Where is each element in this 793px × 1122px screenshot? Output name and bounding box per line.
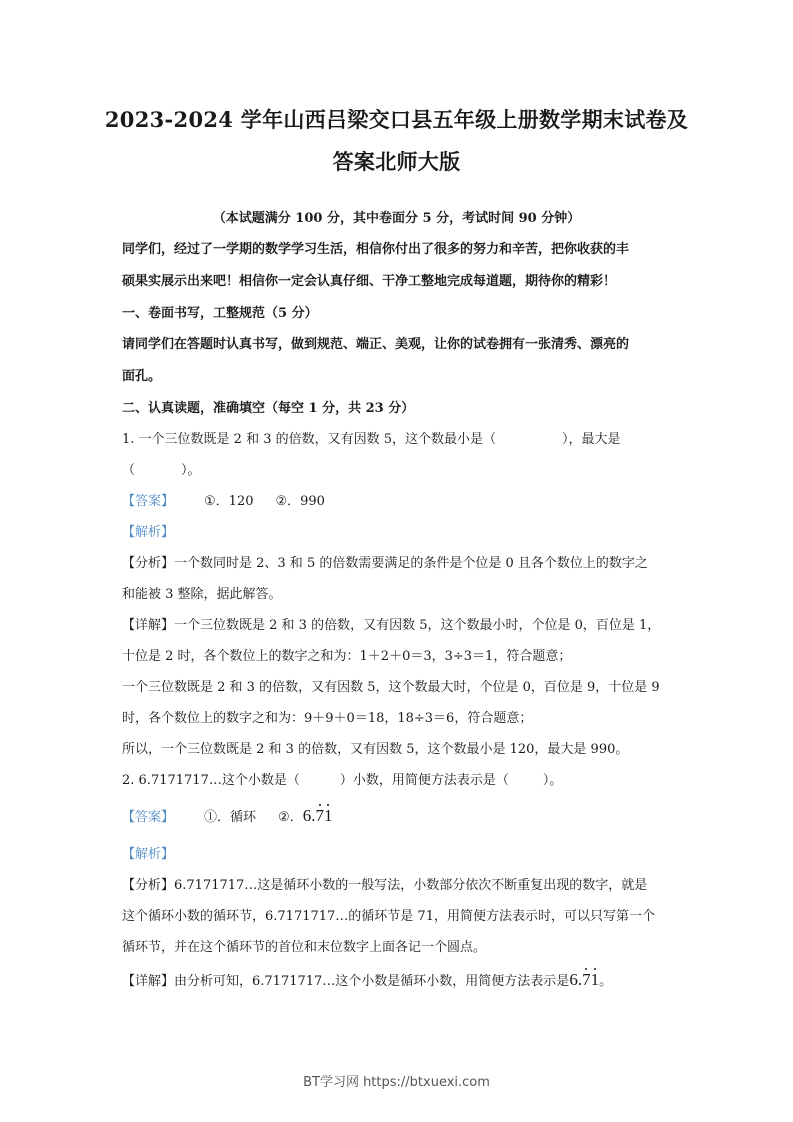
q1-stem-line2: （）。 — [122, 459, 682, 478]
q1-answer-1: ①．120 — [204, 494, 253, 509]
q1-stem-text-a: 1. 一个三位数既是 2 和 3 的倍数，又有因数 5，这个数最小是（ — [122, 432, 496, 447]
q2-answer-2-repeating-decimal: 6.71 — [303, 806, 333, 825]
q1-fenxi-line-2: 和能被 3 整除，据此解答。 — [122, 583, 682, 602]
q1-answer: 【答案】①．120②．990 — [122, 490, 682, 509]
q2-xiangjie: 【详解】由分析可知，6.7171717…这个小数是循环小数，用简便方法表示是6.… — [122, 970, 682, 990]
section1-body-line-1: 请同学们在答题时认真书写，做到规范、端正、美观，让你的试卷拥有一张清秀、漂亮的 — [122, 333, 682, 352]
q1-xiangjie-line-1: 【详解】一个三位数既是 2 和 3 的倍数，又有因数 5，这个数最小时，个位是 … — [122, 614, 682, 633]
q2-fenxi-line-1: 【分析】6.7171717…这是循环小数的一般写法，小数部分依次不断重复出现的数… — [122, 874, 682, 893]
q1-analysis-tag: 【解析】 — [122, 521, 682, 540]
q1-xiangjie-line-4: 时，各个数位上的数字之和为：9＋9＋0＝18，18÷3＝6，符合题意； — [122, 707, 682, 726]
q2-stem-text-b: ）小数，用简便方法表示是（ — [340, 773, 509, 788]
q1-stem-text-c: （ — [122, 463, 135, 478]
section2-heading: 二、认真读题，准确填空（每空 1 分，共 23 分） — [122, 397, 682, 416]
q1-stem-text-d: ）。 — [181, 463, 201, 478]
q1-xiangjie-line-5: 所以，一个三位数既是 2 和 3 的倍数，又有因数 5，这个数最小是 120，最… — [122, 738, 682, 757]
q2-fenxi-line-3: 循环节，并在这个循环节的首位和末位数字上面各记一个圆点。 — [122, 936, 682, 955]
document-title-line2: 答案北师大版 — [0, 146, 793, 176]
section1-body-line-2: 面孔。 — [122, 365, 682, 384]
intro-line-1: 同学们，经过了一学期的数学学习生活，相信你付出了很多的努力和辛苦，把你收获的丰 — [122, 238, 682, 257]
q1-stem-text-b: ），最大是 — [562, 432, 621, 447]
section1-heading: 一、卷面书写，工整规范（5 分） — [122, 302, 682, 321]
q1-xiangjie-line-2: 十位是 2 时，各个数位上的数字之和为：1＋2＋0＝3，3÷3＝1，符合题意； — [122, 645, 682, 664]
q2-answer: 【答案】①．循环②．6.71 — [122, 806, 682, 826]
intro-line-2: 硕果实展示出来吧！相信你一定会认真仔细、干净工整地完成每道题，期待你的精彩！ — [122, 270, 682, 289]
document-title-line1: 2023-2024 学年山西吕梁交口县五年级上册数学期末试卷及 — [0, 104, 793, 134]
q2-answer-1: ①．循环 — [204, 810, 256, 825]
q1-answer-2: ②．990 — [275, 494, 324, 509]
q1-xiangjie-line-3: 一个三位数既是 2 和 3 的倍数，又有因数 5，这个数最大时，个位是 0，百位… — [122, 676, 682, 695]
document-page: 2023-2024 学年山西吕梁交口县五年级上册数学期末试卷及 答案北师大版 （… — [0, 0, 793, 1122]
q2-xiangjie-repeating-decimal: 6.71 — [569, 970, 599, 989]
q2-stem-text-c: ）。 — [543, 773, 563, 788]
exam-subtitle: （本试题满分 100 分，其中卷面分 5 分，考试时间 90 分钟） — [0, 207, 793, 226]
q1-fenxi-line-1: 【分析】一个数同时是 2、3 和 5 的倍数需要满足的条件是个位是 0 且各个数… — [122, 552, 682, 571]
q2-stem: 2. 6.7171717…这个小数是（）小数，用简便方法表示是（）。 — [122, 769, 682, 788]
q2-xiangjie-text: 【详解】由分析可知，6.7171717…这个小数是循环小数，用简便方法表示是 — [122, 974, 569, 989]
footer-watermark: BT学习网 https://btxuexi.com — [0, 1071, 793, 1090]
q1-answer-tag: 【答案】 — [122, 494, 174, 509]
q2-stem-text-a: 2. 6.7171717…这个小数是（ — [122, 773, 300, 788]
q2-answer-2-prefix: ②． — [278, 810, 303, 825]
q2-answer-tag: 【答案】 — [122, 810, 174, 825]
q2-fenxi-line-2: 这个循环小数的循环节，6.7171717…的循环节是 71，用简便方法表示时，可… — [122, 905, 682, 924]
q2-analysis-tag: 【解析】 — [122, 843, 682, 862]
q1-stem-line1: 1. 一个三位数既是 2 和 3 的倍数，又有因数 5，这个数最小是（），最大是 — [122, 428, 682, 447]
